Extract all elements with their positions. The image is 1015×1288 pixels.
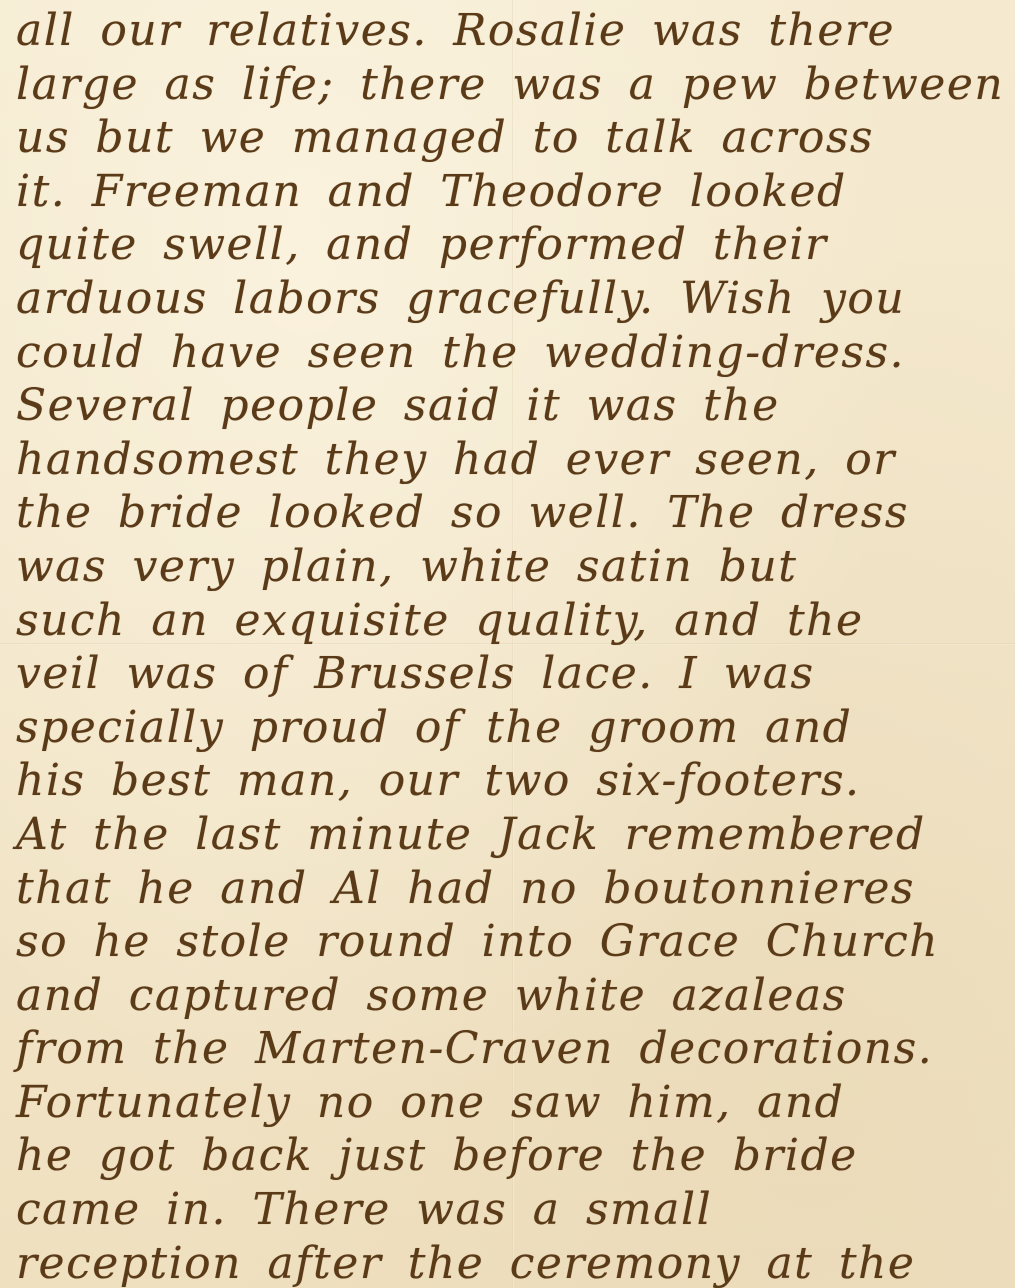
text-line: handsomest they had ever seen, or — [16, 433, 1006, 487]
text-line: quite swell, and performed their — [16, 218, 1006, 272]
text-line: the bride looked so well. The dress — [16, 486, 1006, 540]
text-line: so he stole round into Grace Church — [16, 915, 1006, 969]
text-line: veil was of Brussels lace. I was — [16, 647, 1006, 701]
text-line: was very plain, white satin but — [16, 540, 1006, 594]
text-line: that he and Al had no boutonnieres — [16, 862, 1006, 916]
text-line: could have seen the wedding-dress. — [16, 326, 1006, 380]
text-line: large as life; there was a pew between — [16, 58, 1006, 112]
text-line: came in. There was a small — [16, 1183, 1006, 1237]
handwritten-text: all our relatives. Rosalie was there lar… — [16, 4, 1006, 1288]
text-line: arduous labors gracefully. Wish you — [16, 272, 1006, 326]
text-line: us but we managed to talk across — [16, 111, 1006, 165]
text-line: he got back just before the bride — [16, 1129, 1006, 1183]
text-line: Several people said it was the — [16, 379, 1006, 433]
text-line: At the last minute Jack remembered — [16, 808, 1006, 862]
text-line: his best man, our two six-footers. — [16, 754, 1006, 808]
text-line: it. Freeman and Theodore looked — [16, 165, 1006, 219]
text-line: such an exquisite quality, and the — [16, 594, 1006, 648]
text-line: all our relatives. Rosalie was there — [16, 4, 1006, 58]
text-line: and captured some white azaleas — [16, 969, 1006, 1023]
text-line: reception after the ceremony at the — [16, 1237, 1006, 1288]
letter-page: all our relatives. Rosalie was there lar… — [0, 0, 1015, 1288]
text-line: from the Marten-Craven decorations. — [16, 1022, 1006, 1076]
text-line: specially proud of the groom and — [16, 701, 1006, 755]
text-line: Fortunately no one saw him, and — [16, 1076, 1006, 1130]
